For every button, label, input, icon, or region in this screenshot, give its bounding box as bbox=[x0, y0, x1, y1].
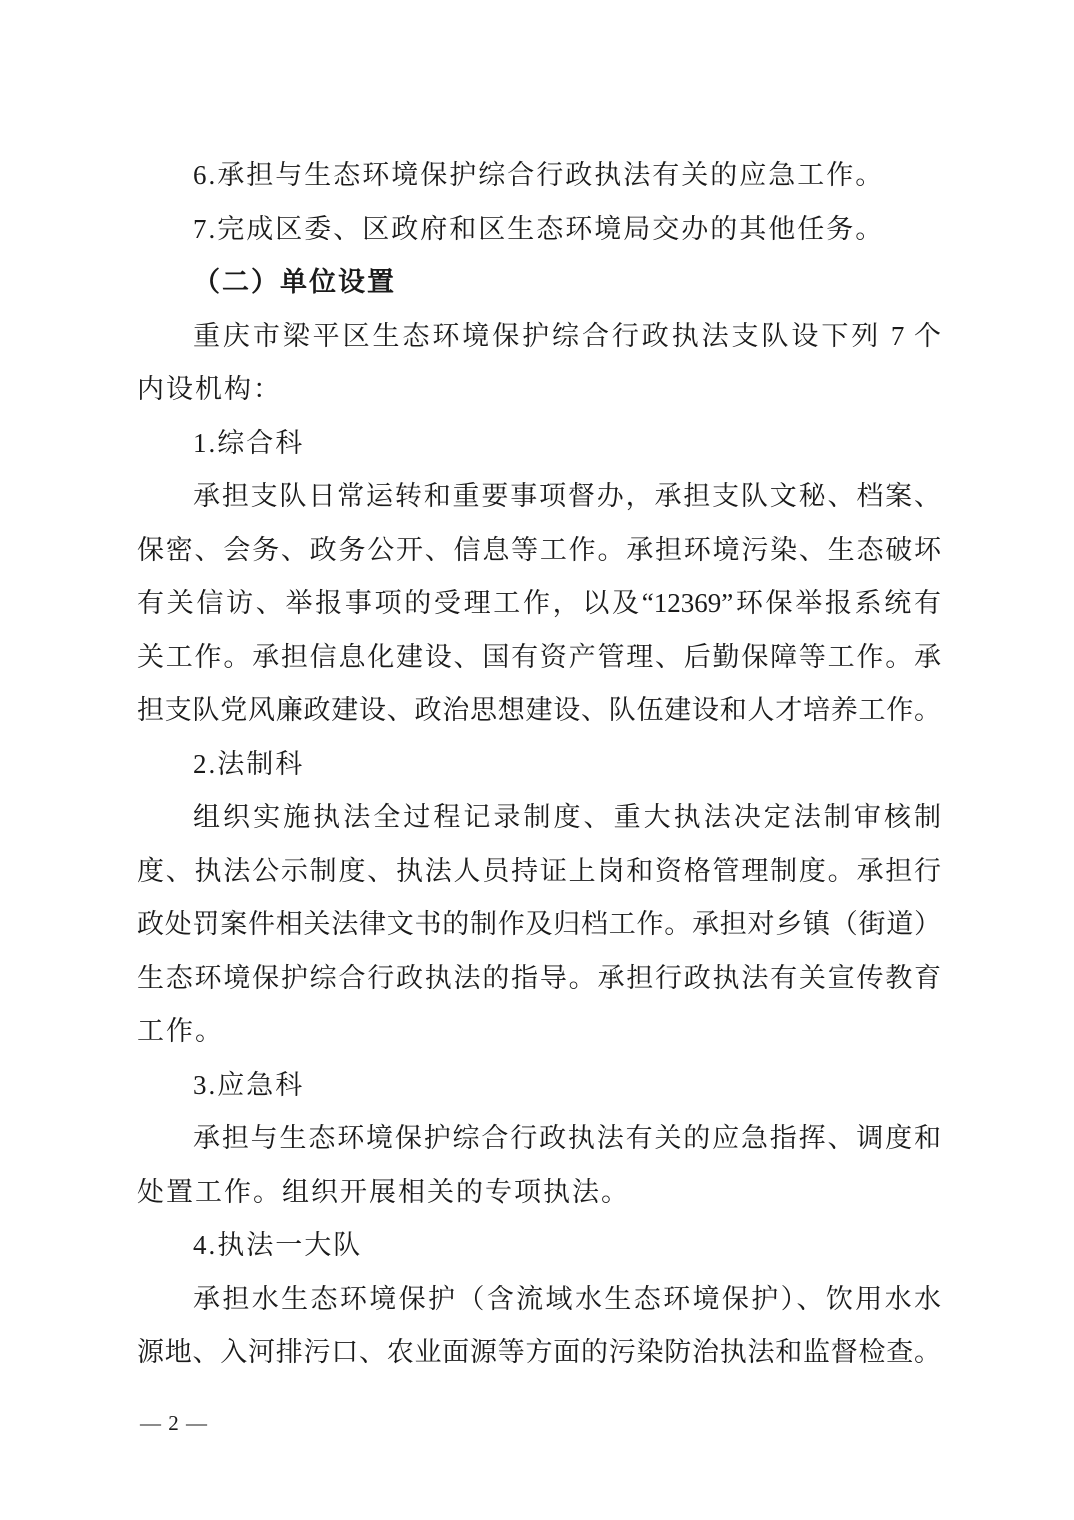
text-line: 有关信访、举报事项的受理工作，以及“12369”环保举报系统有 bbox=[137, 577, 941, 631]
text-line: 政处罚案件相关法律文书的制作及归档工作。承担对乡镇（街道） bbox=[137, 898, 941, 952]
text-line: 重庆市梁平区生态环境保护综合行政执法支队设下列 7 个 bbox=[137, 310, 941, 364]
text-line: 生态环境保护综合行政执法的指导。承担行政执法有关宣传教育 bbox=[137, 952, 941, 1006]
subsection-heading: 3.应急科 bbox=[137, 1059, 941, 1113]
text-line: 处置工作。组织开展相关的专项执法。 bbox=[137, 1166, 941, 1220]
text-line: 承担与生态环境保护综合行政执法有关的应急指挥、调度和 bbox=[137, 1112, 941, 1166]
subsection-heading: 1.综合科 bbox=[137, 417, 941, 471]
text-line: 担支队党风廉政建设、政治思想建设、队伍建设和人才培养工作。 bbox=[137, 684, 941, 738]
list-item-line: 6.承担与生态环境保护综合行政执法有关的应急工作。 bbox=[137, 149, 941, 203]
section-heading: （二）单位设置 bbox=[137, 256, 941, 310]
page-number: — 2 — bbox=[140, 1408, 208, 1438]
document-text-block: 6.承担与生态环境保护综合行政执法有关的应急工作。7.完成区委、区政府和区生态环… bbox=[137, 149, 941, 1380]
text-line: 承担支队日常运转和重要事项督办，承担支队文秘、档案、 bbox=[137, 470, 941, 524]
text-line: 工作。 bbox=[137, 1005, 941, 1059]
text-line: 保密、会务、政务公开、信息等工作。承担环境污染、生态破坏 bbox=[137, 524, 941, 578]
text-line: 组织实施执法全过程记录制度、重大执法决定法制审核制 bbox=[137, 791, 941, 845]
text-line: 承担水生态环境保护（含流域水生态环境保护）、饮用水水 bbox=[137, 1273, 941, 1327]
document-page: 6.承担与生态环境保护综合行政执法有关的应急工作。7.完成区委、区政府和区生态环… bbox=[0, 0, 1074, 1520]
text-line: 关工作。承担信息化建设、国有资产管理、后勤保障等工作。承 bbox=[137, 631, 941, 685]
subsection-heading: 4.执法一大队 bbox=[137, 1219, 941, 1273]
text-line: 源地、入河排污口、农业面源等方面的污染防治执法和监督检查。 bbox=[137, 1326, 941, 1380]
list-item-line: 7.完成区委、区政府和区生态环境局交办的其他任务。 bbox=[137, 203, 941, 257]
text-line: 内设机构： bbox=[137, 363, 941, 417]
text-line: 度、执法公示制度、执法人员持证上岗和资格管理制度。承担行 bbox=[137, 845, 941, 899]
subsection-heading: 2.法制科 bbox=[137, 738, 941, 792]
